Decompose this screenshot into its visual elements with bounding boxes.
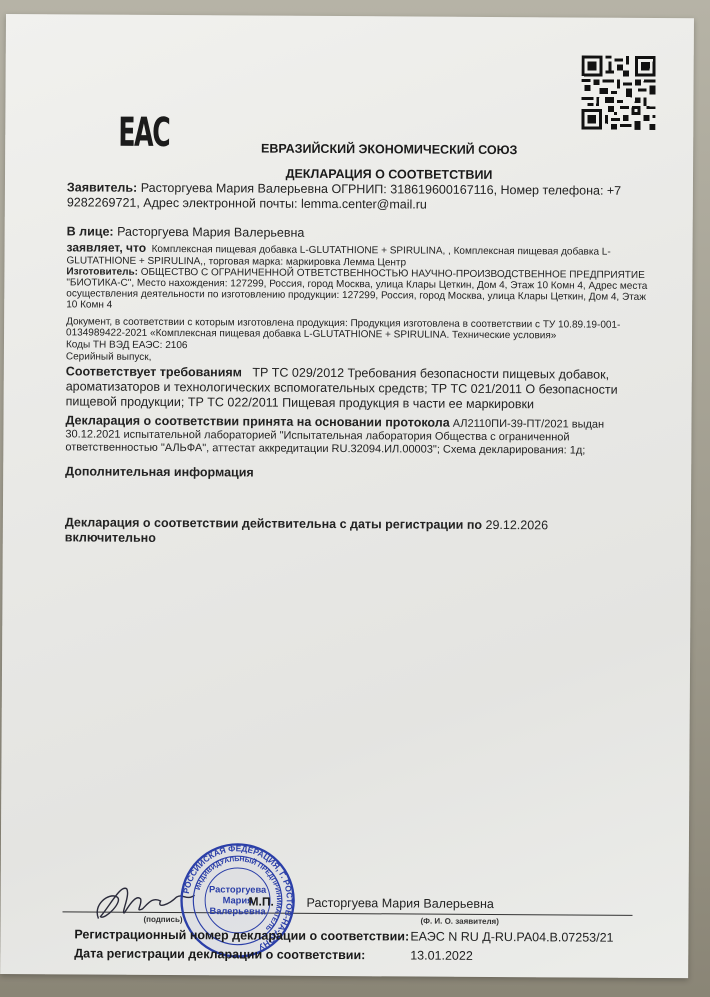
manufacturer-text: ОБЩЕСТВО С ОГРАНИЧЕННОЙ ОТВЕТСТВЕННОСТЬЮ… [66, 267, 647, 311]
represented-by-text: Расторгуева Мария Валерьевна [117, 225, 304, 240]
declares-text: Комплексная пищевая добавка L-GLUTATHION… [66, 244, 610, 269]
applicant-label: Заявитель: [67, 180, 137, 194]
requirements-label: Соответствует требованиям [66, 364, 242, 379]
validity-date: 29.12.2026 [486, 518, 549, 532]
registration-number-value: ЕАЭС N RU Д-RU.PA04.B.07253/21 [410, 929, 613, 944]
registration-number-label: Регистрационный номер декларации о соотв… [74, 927, 409, 943]
serial-line: Серийный выпуск, [66, 351, 656, 366]
svg-text:Расторгуева: Расторгуева [209, 884, 267, 894]
manufacturer-label: Изготовитель: [66, 266, 138, 277]
basis-label: Декларация о соответствии принята на осн… [65, 413, 449, 429]
signer-name: Расторгуева Мария Валерьевна [307, 896, 494, 911]
manufacturer-block: Изготовитель: ОБЩЕСТВО С ОГРАНИЧЕННОЙ ОТ… [66, 266, 656, 314]
validity-block: Декларация о соответствии действительна … [65, 515, 655, 549]
registration-date-value: 13.01.2022 [410, 948, 473, 962]
applicant-block: Заявитель: Расторгуева Мария Валерьевна … [67, 180, 657, 214]
registration-date-label: Дата регистрации декларации о соответств… [74, 946, 365, 962]
represented-by-block: В лице: Расторгуева Мария Валерьевна [67, 224, 657, 243]
validity-suffix: включительно [65, 530, 156, 545]
document-basis-line: Документ, в соответствии с которым изгот… [66, 316, 656, 342]
declares-label: заявляет, что [67, 240, 147, 254]
additional-info-heading: Дополнительная информация [65, 464, 655, 483]
validity-label: Декларация о соответствии действительна … [65, 515, 482, 532]
signature-caption: (подпись) [143, 915, 182, 924]
declaration-document: ЕАС ЕВРАЗИЙСКИЙ ЭКОНОМИЧЕСКИЙ СОЮЗ ДЕКЛА… [0, 14, 694, 978]
represented-by-label: В лице: [67, 224, 114, 238]
stamp-mark-label: М.П. [249, 894, 274, 908]
basis-block: Декларация о соответствии принята на осн… [65, 414, 655, 458]
requirements-block: Соответствует требованиям ТР ТС 029/2012… [66, 364, 656, 413]
qr-code-icon [581, 56, 655, 130]
applicant-text: Расторгуева Мария Валерьевна ОГРНИП: 318… [67, 181, 621, 212]
name-caption: (Ф. И. О. заявителя) [420, 917, 498, 926]
